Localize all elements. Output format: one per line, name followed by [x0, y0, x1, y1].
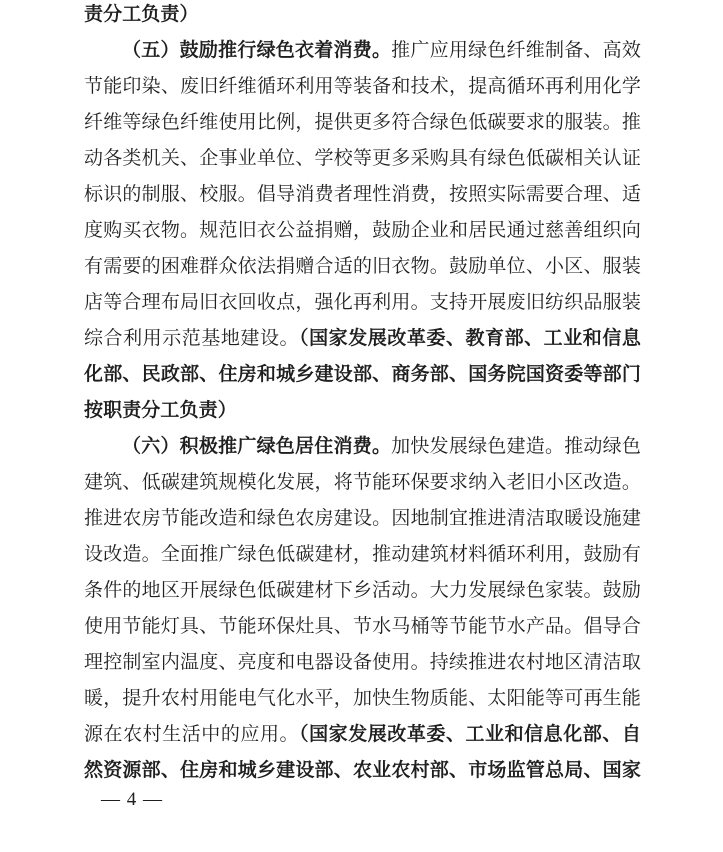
- emphasis-text: （六）积极推广绿色居住消费。: [122, 436, 391, 457]
- document-page: 责分工负责）（五）鼓励推行绿色衣着消费。推广应用绿色纤维制备、高效节能印染、废旧…: [0, 0, 723, 852]
- body-text: 动各类机关、企事业单位、学校等更多采购具有绿色低碳相关认证: [84, 148, 641, 169]
- text-line: （五）鼓励推行绿色衣着消费。推广应用绿色纤维制备、高效: [84, 33, 641, 69]
- body-text: 建筑、低碳建筑规模化发展，将节能环保要求纳入老旧小区改造。: [84, 472, 641, 493]
- text-line: 设改造。全面推广绿色低碳建材，推动建筑材料循环利用，鼓励有: [84, 537, 641, 573]
- text-line: 节能印染、废旧纤维循环利用等装备和技术，提高循环再利用化学: [84, 69, 641, 105]
- text-line: 责分工负责）: [84, 0, 641, 33]
- text-line: 店等合理布局旧衣回收点，强化再利用。支持开展废旧纺织品服装: [84, 285, 641, 321]
- text-line: 纤维等绿色纤维使用比例，提供更多符合绿色低碳要求的服装。推: [84, 105, 641, 141]
- emphasis-text: （五）鼓励推行绿色衣着消费。: [122, 40, 391, 61]
- text-line: 源在农村生活中的应用。（国家发展改革委、工业和信息化部、自: [84, 717, 641, 753]
- text-line: 综合利用示范基地建设。（国家发展改革委、教育部、工业和信息: [84, 321, 641, 357]
- text-line: 标识的制服、校服。倡导消费者理性消费，按照实际需要合理、适: [84, 177, 641, 213]
- text-line: 有需要的困难群众依法捐赠合适的旧衣物。鼓励单位、小区、服装: [84, 249, 641, 285]
- text-line: 推进农房节能改造和绿色农房建设。因地制宜推进清洁取暖设施建: [84, 501, 641, 537]
- body-text: 使用节能灯具、节能环保灶具、节水马桶等节能节水产品。倡导合: [84, 616, 641, 637]
- body-text: 纤维等绿色纤维使用比例，提供更多符合绿色低碳要求的服装。推: [84, 112, 641, 133]
- body-text: 源在农村生活中的应用。: [84, 724, 299, 745]
- body-text: 度购买衣物。规范旧衣公益捐赠，鼓励企业和居民通过慈善组织向: [84, 220, 641, 241]
- emphasis-text: （国家发展改革委、教育部、工业和信息: [299, 328, 641, 349]
- page-number: — 4 —: [101, 789, 163, 811]
- body-text: 综合利用示范基地建设。: [84, 328, 299, 349]
- emphasis-text: （国家发展改革委、工业和信息化部、自: [299, 724, 641, 745]
- body-text: 暖，提升农村用能电气化水平，加快生物质能、太阳能等可再生能: [84, 688, 641, 709]
- text-block: 责分工负责）（五）鼓励推行绿色衣着消费。推广应用绿色纤维制备、高效节能印染、废旧…: [84, 0, 641, 789]
- text-line: （六）积极推广绿色居住消费。加快发展绿色建造。推动绿色: [84, 429, 641, 465]
- text-line: 理控制室内温度、亮度和电器设备使用。持续推进农村地区清洁取: [84, 645, 641, 681]
- emphasis-text: 化部、民政部、住房和城乡建设部、商务部、国务院国资委等部门: [84, 364, 641, 385]
- text-line: 动各类机关、企事业单位、学校等更多采购具有绿色低碳相关认证: [84, 141, 641, 177]
- body-text: 加快发展绿色建造。推动绿色: [391, 436, 641, 457]
- text-line: 化部、民政部、住房和城乡建设部、商务部、国务院国资委等部门: [84, 357, 641, 393]
- body-text: 推广应用绿色纤维制备、高效: [391, 40, 641, 61]
- text-line: 暖，提升农村用能电气化水平，加快生物质能、太阳能等可再生能: [84, 681, 641, 717]
- text-line: 然资源部、住房和城乡建设部、农业农村部、市场监管总局、国家: [84, 753, 641, 789]
- body-text: 店等合理布局旧衣回收点，强化再利用。支持开展废旧纺织品服装: [84, 292, 641, 313]
- body-text: 设改造。全面推广绿色低碳建材，推动建筑材料循环利用，鼓励有: [84, 544, 641, 565]
- body-text: 理控制室内温度、亮度和电器设备使用。持续推进农村地区清洁取: [84, 652, 641, 673]
- text-line: 建筑、低碳建筑规模化发展，将节能环保要求纳入老旧小区改造。: [84, 465, 641, 501]
- emphasis-text: 责分工负责）: [84, 4, 199, 25]
- body-text: 有需要的困难群众依法捐赠合适的旧衣物。鼓励单位、小区、服装: [84, 256, 641, 277]
- text-line: 使用节能灯具、节能环保灶具、节水马桶等节能节水产品。倡导合: [84, 609, 641, 645]
- text-line: 度购买衣物。规范旧衣公益捐赠，鼓励企业和居民通过慈善组织向: [84, 213, 641, 249]
- body-text: 条件的地区开展绿色低碳建材下乡活动。大力发展绿色家装。鼓励: [84, 580, 641, 601]
- text-line: 条件的地区开展绿色低碳建材下乡活动。大力发展绿色家装。鼓励: [84, 573, 641, 609]
- emphasis-text: 然资源部、住房和城乡建设部、农业农村部、市场监管总局、国家: [84, 760, 641, 781]
- emphasis-text: 按职责分工负责）: [84, 400, 237, 421]
- text-line: 按职责分工负责）: [84, 393, 641, 429]
- body-text: 标识的制服、校服。倡导消费者理性消费，按照实际需要合理、适: [84, 184, 641, 205]
- body-text: 推进农房节能改造和绿色农房建设。因地制宜推进清洁取暖设施建: [84, 508, 641, 529]
- body-text: 节能印染、废旧纤维循环利用等装备和技术，提高循环再利用化学: [84, 76, 641, 97]
